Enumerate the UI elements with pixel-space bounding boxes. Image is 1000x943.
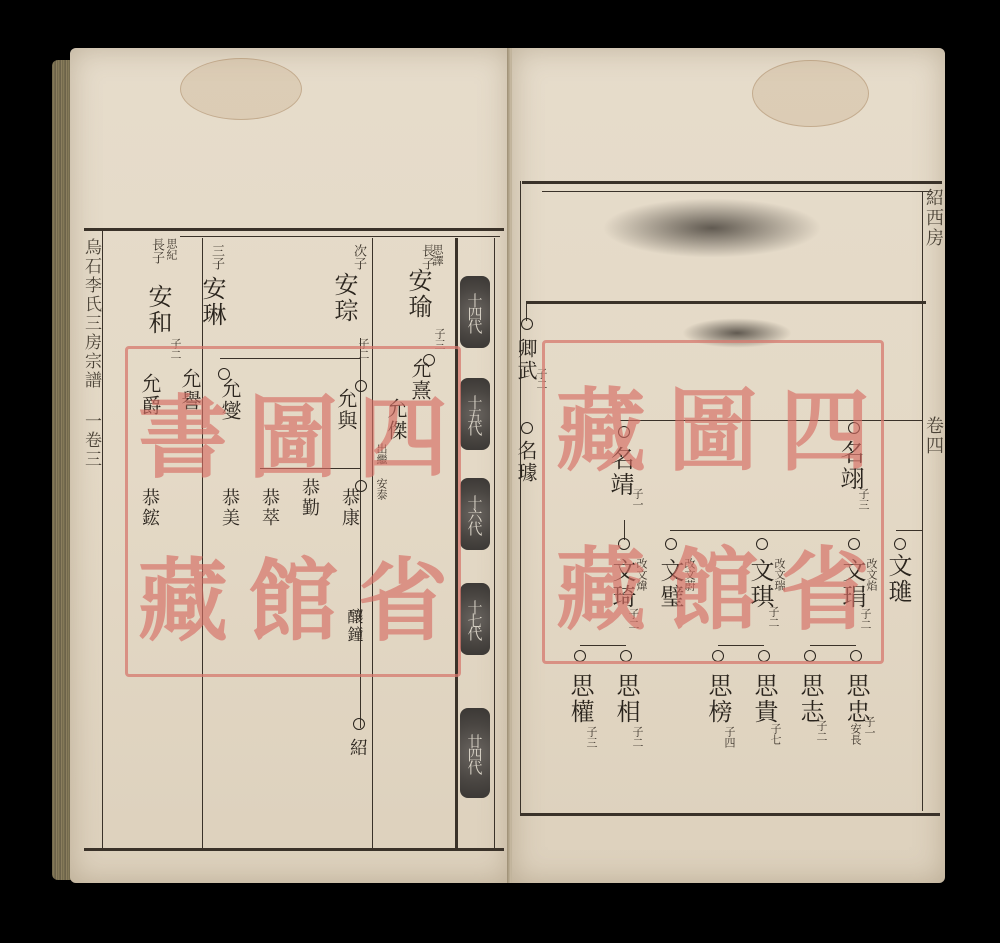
person-name: 允譽 — [180, 368, 200, 412]
person-name: 思志 — [798, 673, 822, 725]
inner-frame-line — [542, 191, 932, 192]
genealogy-book-spread: 烏石李氏三房宗譜 一卷三 十四代 十五代 十六代 十七代 廿四代 思譯 長子 安… — [52, 48, 947, 888]
person-name: 名靖 — [608, 446, 632, 498]
right-page: 紹西房 卷四 卿武 子二 名璩 名靖 子一 名翊 子三 文琦 — [512, 48, 945, 883]
entry-label: 次子 — [352, 244, 365, 270]
running-title: 烏石李氏三房宗譜 一卷三 — [82, 238, 99, 538]
ink-smudge — [682, 318, 792, 348]
lineage-node — [756, 538, 768, 550]
heading-divider — [526, 301, 926, 304]
person-name: 釀鐘 — [346, 608, 362, 644]
person-annotation: 子二 — [768, 606, 779, 628]
seal-char: 館 — [238, 512, 348, 675]
top-frame-line — [522, 181, 942, 184]
person-annotation: 子一 — [864, 716, 875, 738]
person-note: 安長 — [850, 723, 861, 745]
person-name: 紹 — [348, 738, 366, 758]
person-note: 改文煒 — [636, 558, 647, 591]
person-name: 名翊 — [838, 440, 862, 492]
lineage-connector — [670, 530, 860, 531]
person-name: 思貴 — [752, 673, 776, 725]
person-name: 文琄 — [840, 558, 864, 610]
person-name: 恭勤 — [300, 478, 318, 518]
person-name: 名璩 — [516, 440, 536, 484]
lineage-node — [620, 650, 632, 662]
person-annotation: 子二 — [632, 726, 643, 748]
person-name: 文琦 — [610, 558, 634, 610]
generation-rule — [455, 238, 458, 848]
person-name: 安琮 — [332, 272, 356, 324]
top-frame-line — [84, 228, 504, 231]
person-annotation: 子三 — [586, 726, 597, 748]
person-annotation: 子三 — [858, 488, 869, 510]
margin-volume: 卷四 — [924, 416, 942, 456]
lineage-node — [804, 650, 816, 662]
inner-frame-line — [180, 236, 500, 237]
lineage-node — [848, 538, 860, 550]
person-name: 恭康 — [340, 488, 358, 528]
person-name: 文璡 — [886, 553, 910, 605]
person-name: 思權 — [568, 673, 592, 725]
person-name: 允傑 — [386, 398, 406, 442]
lineage-node — [353, 718, 365, 730]
person-name: 思相 — [614, 673, 638, 725]
person-annotation: 子二 — [536, 368, 547, 390]
person-name: 恭鋐 — [140, 488, 158, 528]
generation-tab-14: 十四代 — [460, 276, 490, 348]
lineage-connector — [220, 358, 360, 359]
seal-char: 省 — [348, 512, 458, 675]
person-annotation: 子二 — [628, 608, 639, 630]
seal-char: 圖 — [238, 349, 348, 512]
lineage-connector — [620, 420, 922, 421]
seal-char: 四 — [769, 343, 881, 502]
lineage-node — [521, 422, 533, 434]
lineage-node — [618, 426, 630, 438]
lineage-node — [758, 650, 770, 662]
person-name: 允爵 — [140, 373, 160, 417]
generation-tab-15: 十五代 — [460, 378, 490, 450]
lineage-node — [894, 538, 906, 550]
page-edge-rule — [520, 181, 521, 813]
seal-char: 藏 — [545, 343, 657, 502]
person-note: 改文焰 — [866, 558, 877, 591]
lineage-connector — [360, 338, 361, 728]
seal-char: 藏 — [128, 512, 238, 675]
person-name: 思榜 — [706, 673, 730, 725]
person-name: 卿武 — [516, 338, 536, 382]
generation-tab-24: 廿四代 — [460, 708, 490, 798]
generation-tab-17: 十七代 — [460, 583, 490, 655]
generation-tab-16: 十六代 — [460, 478, 490, 550]
lineage-node — [521, 318, 533, 330]
person-name: 恭萃 — [260, 488, 278, 528]
lineage-node — [848, 422, 860, 434]
left-page: 烏石李氏三房宗譜 一卷三 十四代 十五代 十六代 十七代 廿四代 思譯 長子 安… — [70, 48, 510, 883]
person-annotation: 子七 — [770, 723, 781, 745]
smudged-heading — [602, 198, 822, 258]
person-note: 改文蔚 — [684, 558, 695, 591]
person-annotation: 子四 — [724, 726, 735, 748]
bottom-frame-line — [520, 813, 940, 816]
person-name: 允熹 — [410, 358, 430, 402]
person-name: 允燮 — [220, 378, 240, 422]
library-seal-stamp: 藏 圖 四 藏 館 省 — [542, 340, 884, 664]
person-note: 出繼 安泰 — [376, 443, 387, 500]
person-annotation: 子二 — [816, 720, 827, 742]
person-name: 安琳 — [200, 276, 224, 328]
person-name: 允與 — [336, 388, 356, 432]
column-rule — [372, 238, 373, 848]
margin-title: 紹西房 — [924, 188, 942, 248]
lineage-node — [618, 538, 630, 550]
page-edge-rule — [922, 191, 923, 811]
person-name: 恭美 — [220, 488, 238, 528]
lineage-node — [850, 650, 862, 662]
lineage-connector — [896, 530, 922, 531]
entry-label: 三子 — [210, 244, 223, 270]
person-name: 文琪 — [748, 558, 772, 610]
water-stain — [752, 60, 869, 127]
page-edge-rule — [494, 238, 495, 848]
water-stain — [180, 58, 302, 120]
person-annotation: 子二 — [860, 608, 871, 630]
lineage-connector — [580, 645, 626, 646]
lineage-node — [574, 650, 586, 662]
person-note: 改文瑞 — [774, 558, 785, 591]
seal-char: 圖 — [657, 343, 769, 502]
person-annotation: 子三 — [434, 328, 445, 350]
bottom-frame-line — [84, 848, 504, 851]
title-column-rule — [102, 228, 103, 848]
person-annotation: 子一 — [632, 488, 643, 510]
column-rule — [202, 238, 203, 848]
lineage-node — [665, 538, 677, 550]
entry-label: 長子 — [420, 244, 433, 270]
person-annotation: 子二 — [170, 338, 181, 360]
person-name: 安和 — [146, 284, 170, 336]
person-name: 文璧 — [658, 558, 682, 610]
lineage-connector — [260, 468, 360, 469]
lineage-connector — [624, 520, 625, 540]
lineage-node — [712, 650, 724, 662]
entry-note: 思紀 — [166, 238, 177, 260]
lineage-connector — [810, 645, 856, 646]
lineage-connector — [718, 645, 764, 646]
entry-label: 長子 — [150, 238, 163, 264]
person-name: 安瑜 — [406, 268, 430, 320]
